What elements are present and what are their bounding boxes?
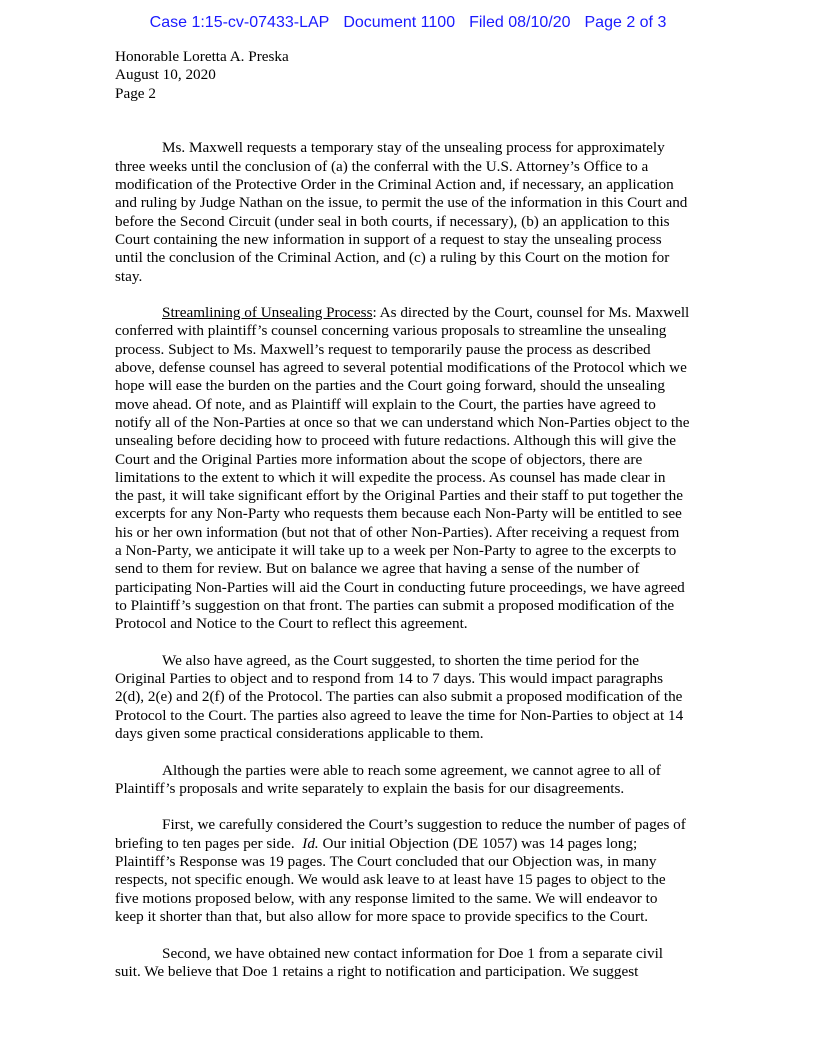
text-run: Our initial Objection (DE 1057) was 14 p… [319,835,637,852]
text-line: Protocol and Notice to the Court to refl… [115,615,721,633]
text-line: unsealing before deciding how to proceed… [115,432,721,450]
text-line: days given some practical considerations… [115,725,721,743]
letter-page: Honorable Loretta A. Preska August 10, 2… [115,48,721,981]
page-label: Page 2 [115,85,721,103]
text-line: Original Parties to object and to respon… [115,670,721,688]
text-line: modification of the Protective Order in … [115,176,721,194]
filed-date: Filed 08/10/20 [469,14,570,31]
text-line: suit. We believe that Doe 1 retains a ri… [115,963,721,981]
paragraph-disagreement: Although the parties were able to reach … [115,762,721,799]
text-line: the past, it will take significant effor… [115,487,721,505]
text-line: 2(d), 2(e) and 2(f) of the Protocol. The… [115,688,721,706]
citation-id: Id. [302,835,318,852]
ecf-header-stamp: Case 1:15-cv-07433-LAPDocument 1100Filed… [0,14,816,32]
text-line: Plaintiff’s Response was 19 pages. The C… [115,853,721,871]
paragraph-page-limits: First, we carefully considered the Court… [115,816,721,926]
paragraph-stay-request: Ms. Maxwell requests a temporary stay of… [115,139,721,285]
paragraph-time-period: We also have agreed, as the Court sugges… [115,652,721,743]
text-line: stay. [115,268,721,286]
paragraph-streamlining: Streamlining of Unsealing Process: As di… [115,304,721,633]
text-line: until the conclusion of the Criminal Act… [115,249,721,267]
text-line: before the Second Circuit (under seal in… [115,213,721,231]
text-run: : As directed by the Court, counsel for … [372,304,689,321]
text-line: his or her own information (but not that… [115,524,721,542]
text-line: Second, we have obtained new contact inf… [115,945,721,963]
letter-date: August 10, 2020 [115,66,721,84]
text-line: notify all of the Non-Parties at once so… [115,414,721,432]
addressee: Honorable Loretta A. Preska [115,48,721,66]
text-line: excerpts for any Non-Party who requests … [115,505,721,523]
text-line: Streamlining of Unsealing Process: As di… [115,304,721,322]
text-line: Although the parties were able to reach … [115,762,721,780]
text-line: briefing to ten pages per side. Id. Our … [115,835,721,853]
paragraph-doe-1: Second, we have obtained new contact inf… [115,945,721,982]
text-line: hope will ease the burden on the parties… [115,377,721,395]
text-line: conferred with plaintiff’s counsel conce… [115,322,721,340]
page-of-pages: Page 2 of 3 [585,14,667,31]
letter-heading: Honorable Loretta A. Preska August 10, 2… [115,48,721,103]
text-line: limitations to the extent to which it wi… [115,469,721,487]
text-line: We also have agreed, as the Court sugges… [115,652,721,670]
text-line: send to them for review. But on balance … [115,560,721,578]
text-line: process. Subject to Ms. Maxwell’s reques… [115,341,721,359]
text-line: and ruling by Judge Nathan on the issue,… [115,194,721,212]
case-number: Case 1:15-cv-07433-LAP [150,14,330,31]
text-line: Court containing the new information in … [115,231,721,249]
text-line: five motions proposed below, with any re… [115,890,721,908]
text-line: First, we carefully considered the Court… [115,816,721,834]
text-line: Ms. Maxwell requests a temporary stay of… [115,139,721,157]
text-run: briefing to ten pages per side. [115,835,302,852]
text-line: Protocol to the Court. The parties also … [115,707,721,725]
text-line: to Plaintiff’s suggestion on that front.… [115,597,721,615]
text-line: keep it shorter than that, but also allo… [115,908,721,926]
text-line: move ahead. Of note, and as Plaintiff wi… [115,396,721,414]
text-line: participating Non-Parties will aid the C… [115,579,721,597]
document-number: Document 1100 [343,14,455,31]
text-line: respects, not specific enough. We would … [115,871,721,889]
text-line: a Non-Party, we anticipate it will take … [115,542,721,560]
section-heading: Streamlining of Unsealing Process [162,304,372,321]
text-line: Plaintiff’s proposals and write separate… [115,780,721,798]
text-line: three weeks until the conclusion of (a) … [115,158,721,176]
text-line: above, defense counsel has agreed to sev… [115,359,721,377]
text-line: Court and the Original Parties more info… [115,451,721,469]
